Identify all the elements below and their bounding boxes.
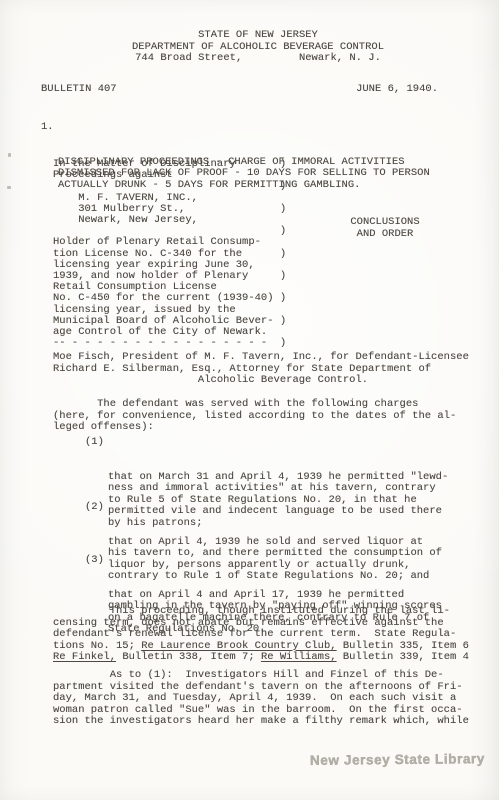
bulletin-number: BULLETIN 407	[41, 84, 117, 96]
scan-speck	[7, 186, 11, 189]
charges-intro-paragraph: The defendant was served with the follow…	[53, 399, 456, 434]
charge-1-number: (1)	[85, 437, 104, 449]
bulletin-row: BULLETIN 407 JUNE 6, 1940.	[41, 84, 438, 96]
library-stamp: New Jersey State Library	[310, 753, 485, 766]
case-caption: In the Matter of Disciplinary )Proceedin…	[53, 159, 286, 349]
as-to-1-paragraph: As to (1): Investigators Hill and Finzel…	[53, 670, 469, 728]
item-number: 1.	[41, 122, 54, 134]
bulletin-date: JUNE 6, 1940.	[356, 84, 438, 96]
scan-speck	[8, 153, 11, 157]
charge-3-number: (3)	[85, 555, 104, 567]
charge-2-number: (2)	[85, 502, 104, 514]
document-header: STATE OF NEW JERSEYDEPARTMENT OF ALCOHOL…	[58, 30, 458, 65]
conclusions-and-order-label: CONCLUSIONSAND ORDER	[350, 217, 420, 240]
appearances-block: Moe Fisch, President of M. F. Tavern, In…	[53, 352, 469, 387]
proceeding-status-paragraph: This proceeding, though instituted durin…	[53, 606, 469, 664]
scanned-document-page: STATE OF NEW JERSEYDEPARTMENT OF ALCOHOL…	[0, 0, 499, 800]
